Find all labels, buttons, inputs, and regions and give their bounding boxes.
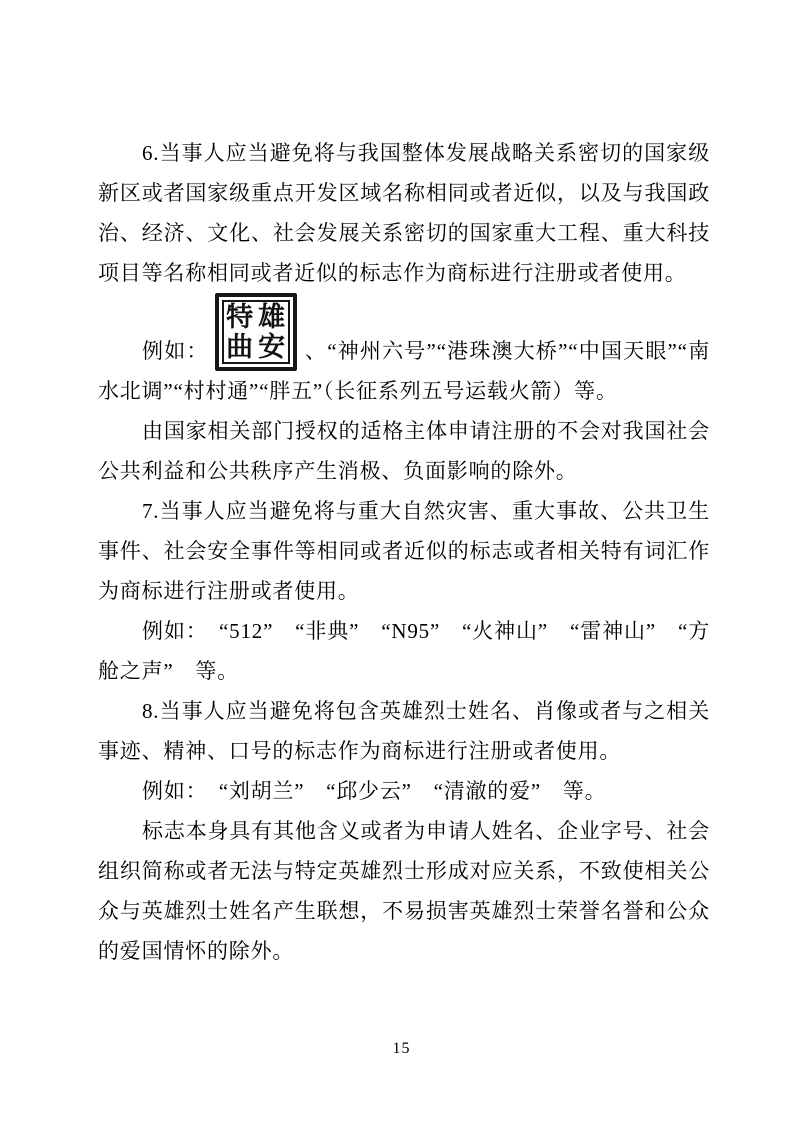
paragraph-example-6: 例如：特雄曲安、“神州六号”“港珠澳大桥”“中国天眼”“南水北调”“村村通”“胖… [98,293,710,411]
paragraph-example-8: 例如： “刘胡兰” “邱少云” “清澈的爱” 等。 [98,771,710,811]
page-number: 15 [0,1040,803,1058]
paragraph-item-8: 8.当事人应当避免将包含英雄烈士姓名、肖像或者与之相关事迹、精神、口号的标志作为… [98,691,710,771]
document-page: 6.当事人应当避免将与我国整体发展战略关系密切的国家级新区或者国家级重点开发区域… [0,0,803,1135]
seal-grid: 特雄曲安 [222,300,290,364]
example-6-separator: 、 [305,339,328,363]
paragraph-exception-8: 标志本身具有其他含义或者为申请人姓名、企业字号、社会组织简称或者无法与特定英雄烈… [98,811,710,971]
body-text: 6.当事人应当避免将与我国整体发展战略关系密切的国家级新区或者国家级重点开发区域… [98,133,710,971]
paragraph-example-7: 例如： “512” “非典” “N95” “火神山” “雷神山” “方舱之声” … [98,611,710,691]
seal-char-qu: 曲 [224,332,256,362]
xiongan-tequ-seal-stamp: 特雄曲安 [215,293,297,371]
seal-char-an: 安 [256,332,288,362]
seal-char-xiong: 雄 [256,302,288,332]
example-6-label: 例如： [142,339,209,363]
paragraph-item-6: 6.当事人应当避免将与我国整体发展战略关系密切的国家级新区或者国家级重点开发区域… [98,133,710,293]
paragraph-item-7: 7.当事人应当避免将与重大自然灾害、重大事故、公共卫生事件、社会安全事件等相同或… [98,491,710,611]
seal-char-te: 特 [224,302,256,332]
paragraph-exception-6: 由国家相关部门授权的适格主体申请注册的不会对我国社会公共利益和公共秩序产生消极、… [98,411,710,491]
